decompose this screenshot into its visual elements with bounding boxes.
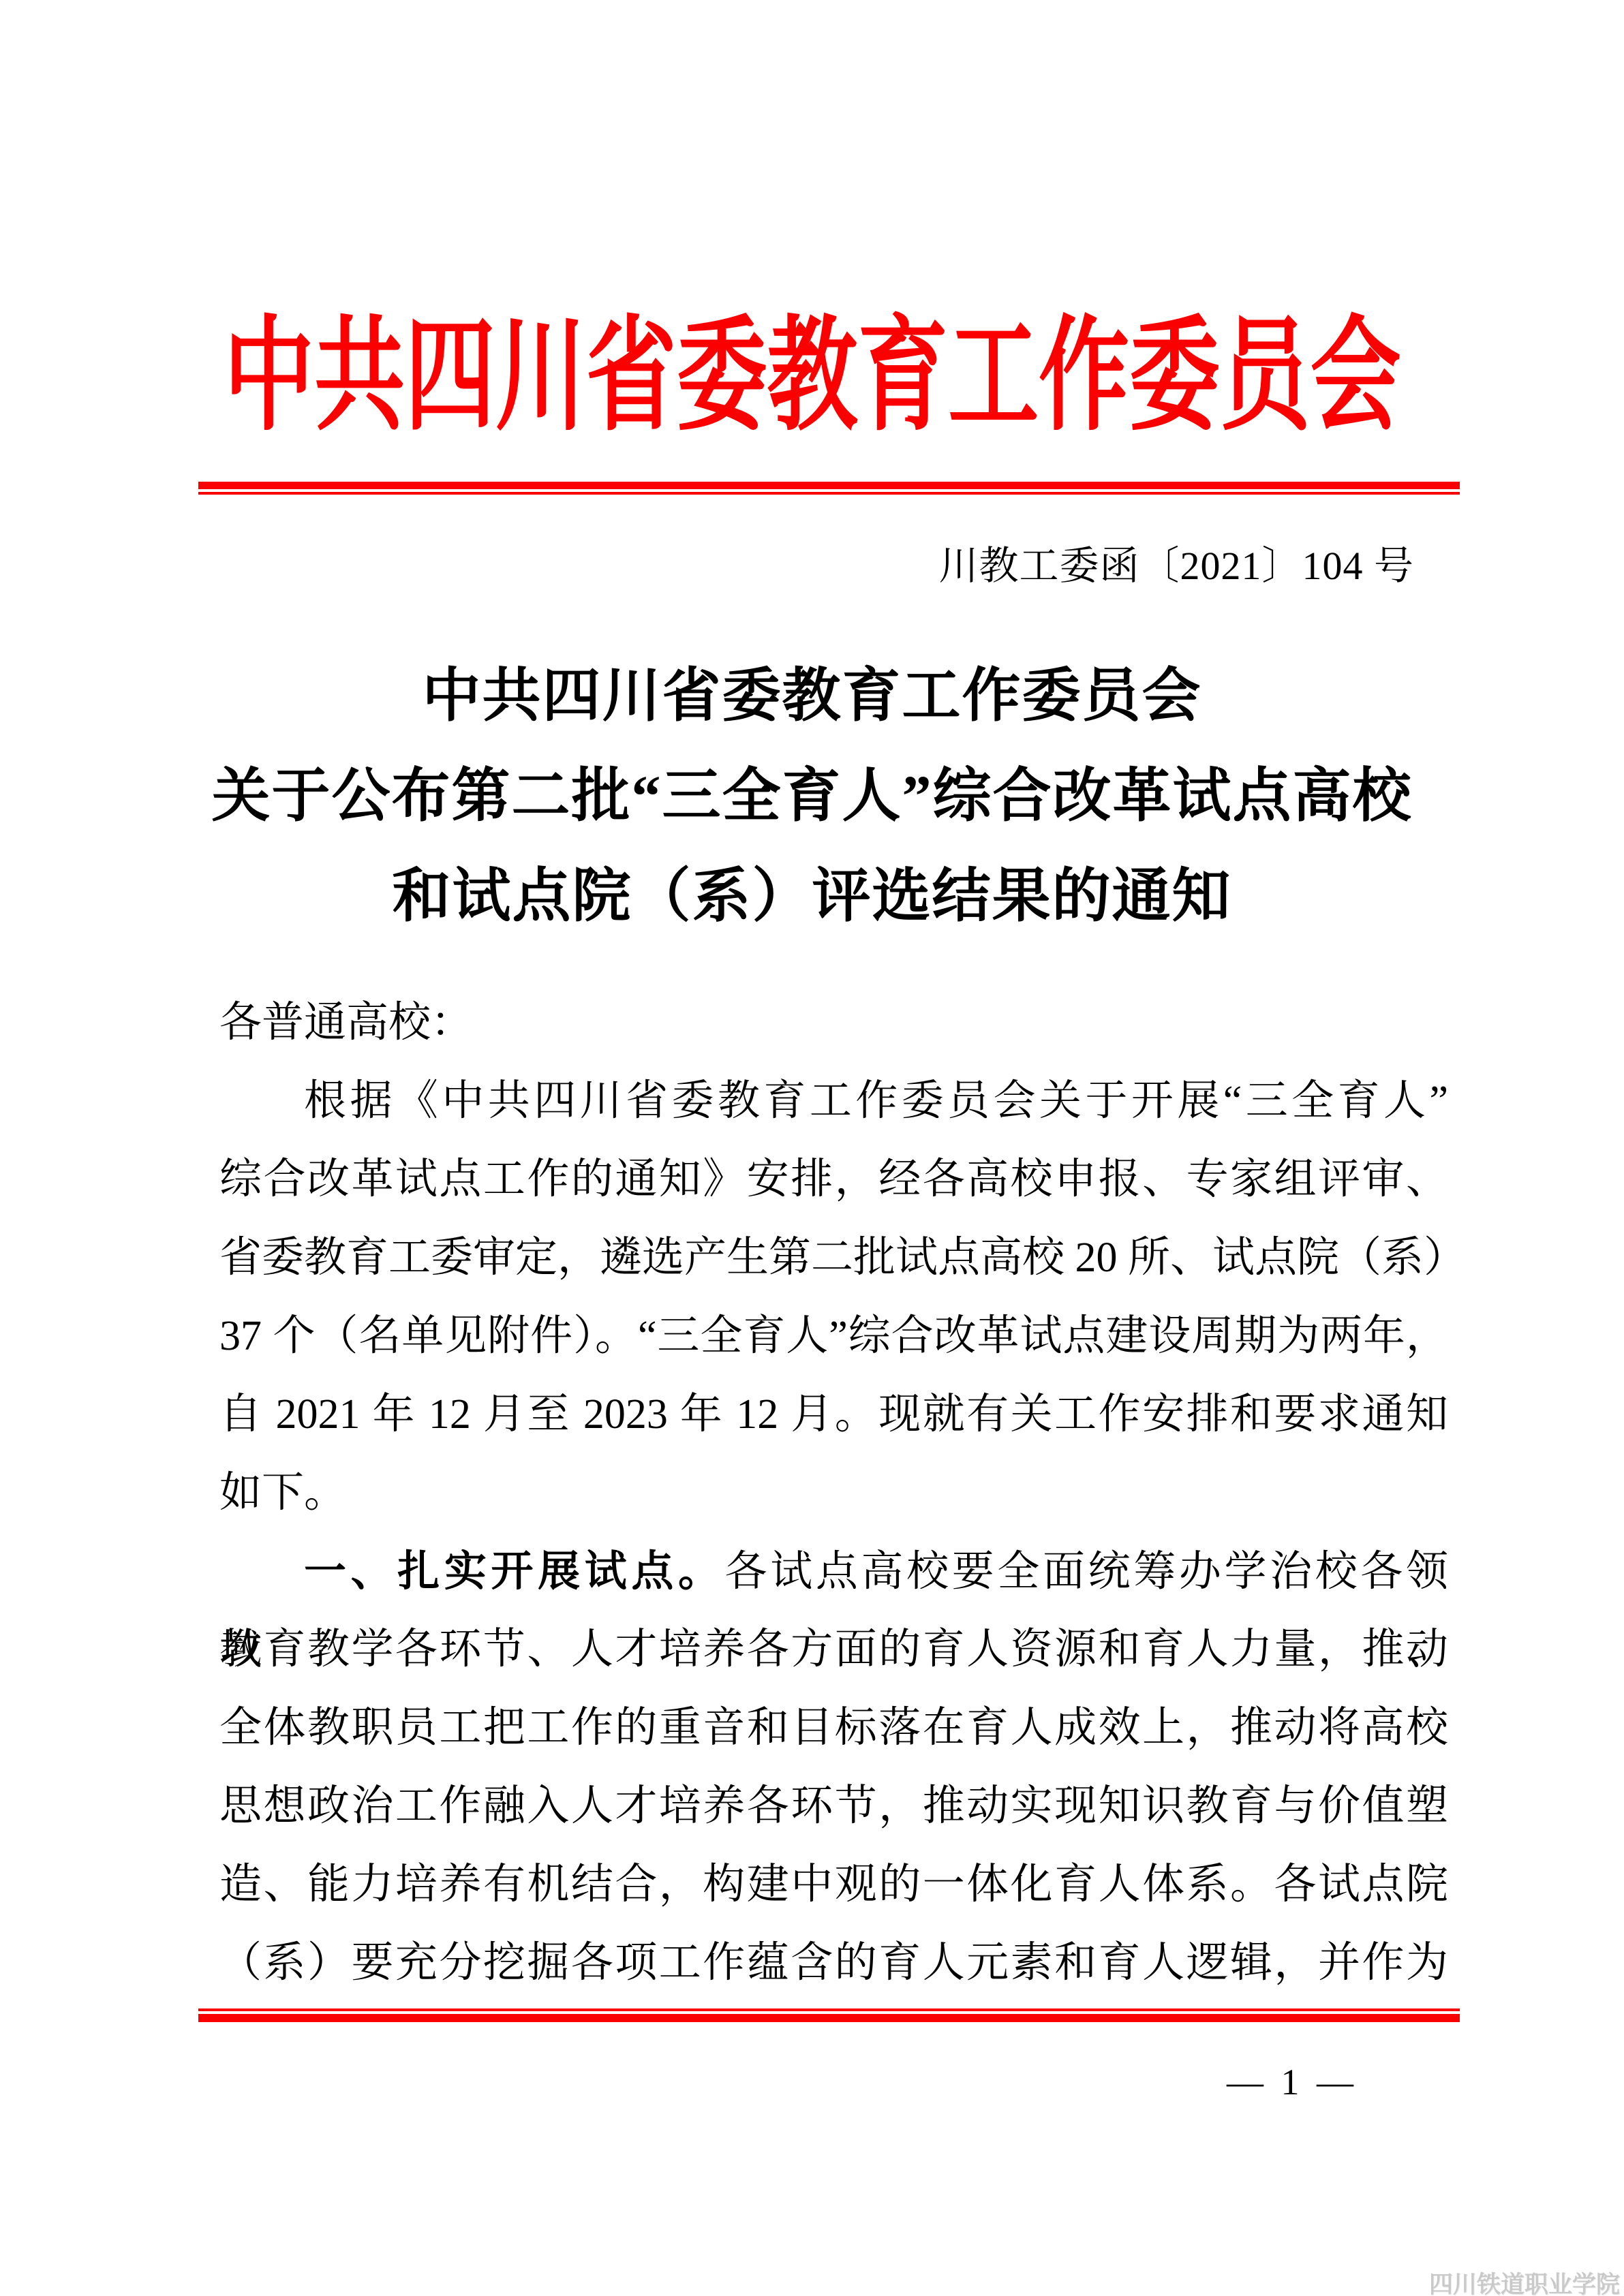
paragraph-2-line-1: 一、扎实开展试点。各试点高校要全面统筹办学治校各领域、 <box>219 1532 1448 1611</box>
paragraph-1-line-6: 如下。 <box>219 1454 1448 1532</box>
paragraph-2-line-3: 全体教职员工把工作的重音和目标落在育人成效上，推动将高校 <box>219 1689 1448 1767</box>
salutation: 各普通高校： <box>219 984 1448 1062</box>
document-page: 中共四川省委教育工作委员会 川教工委函〔2021〕104 号 中共四川省委教育工… <box>0 0 1624 2296</box>
notice-title-line3: 和试点院（系）评选结果的通知 <box>0 846 1624 946</box>
paragraph-1-line-1: 根据《中共四川省委教育工作委员会关于开展“三全育人” <box>219 1062 1448 1141</box>
paragraph-2-line-6: （系）要充分挖掘各项工作蕴含的育人元素和育人逻辑，并作为 <box>219 1924 1448 2002</box>
paragraph-1-line-4: 37 个（名单见附件）。“三全育人”综合改革试点建设周期为两年， <box>219 1297 1448 1376</box>
notice-title-line1: 中共四川省委教育工作委员会 <box>0 646 1624 746</box>
paragraph-2-line-5: 造、能力培养有机结合，构建中观的一体化育人体系。各试点院 <box>219 1846 1448 1924</box>
letterhead-separator-thick <box>198 482 1460 489</box>
notice-title: 中共四川省委教育工作委员会 关于公布第二批“三全育人”综合改革试点高校 和试点院… <box>0 646 1624 946</box>
watermark-college-name: 四川铁道职业学院 <box>1429 2273 1620 2296</box>
notice-title-line2: 关于公布第二批“三全育人”综合改革试点高校 <box>0 746 1624 846</box>
paragraph-2-heading: 一、扎实开展试点。 <box>304 1548 725 1595</box>
paragraph-2-line-4: 思想政治工作融入人才培养各环节，推动实现知识教育与价值塑 <box>219 1767 1448 1846</box>
paragraph-1-line-2: 综合改革试点工作的通知》安排，经各高校申报、专家组评审、 <box>219 1141 1448 1219</box>
paragraph-1-line-3: 省委教育工委审定，遴选产生第二批试点高校 20 所、试点院（系） <box>219 1219 1448 1297</box>
paragraph-1-line-5: 自 2021 年 12 月至 2023 年 12 月。现就有关工作安排和要求通知 <box>219 1376 1448 1454</box>
letterhead: 中共四川省委教育工作委员会 <box>0 303 1624 452</box>
page-number: — 1 — <box>1227 2062 1358 2103</box>
footer-separator-thick <box>198 2014 1460 2022</box>
document-number: 川教工委函〔2021〕104 号 <box>938 544 1414 589</box>
letterhead-separator-thin <box>198 492 1460 495</box>
paragraph-2-line-2: 教育教学各环节、人才培养各方面的育人资源和育人力量，推动 <box>219 1611 1448 1689</box>
notice-body: 各普通高校： 根据《中共四川省委教育工作委员会关于开展“三全育人” 综合改革试点… <box>219 984 1448 2002</box>
footer-separator-thin <box>198 2008 1460 2011</box>
letterhead-org-name: 中共四川省委教育工作委员会 <box>224 303 1400 452</box>
